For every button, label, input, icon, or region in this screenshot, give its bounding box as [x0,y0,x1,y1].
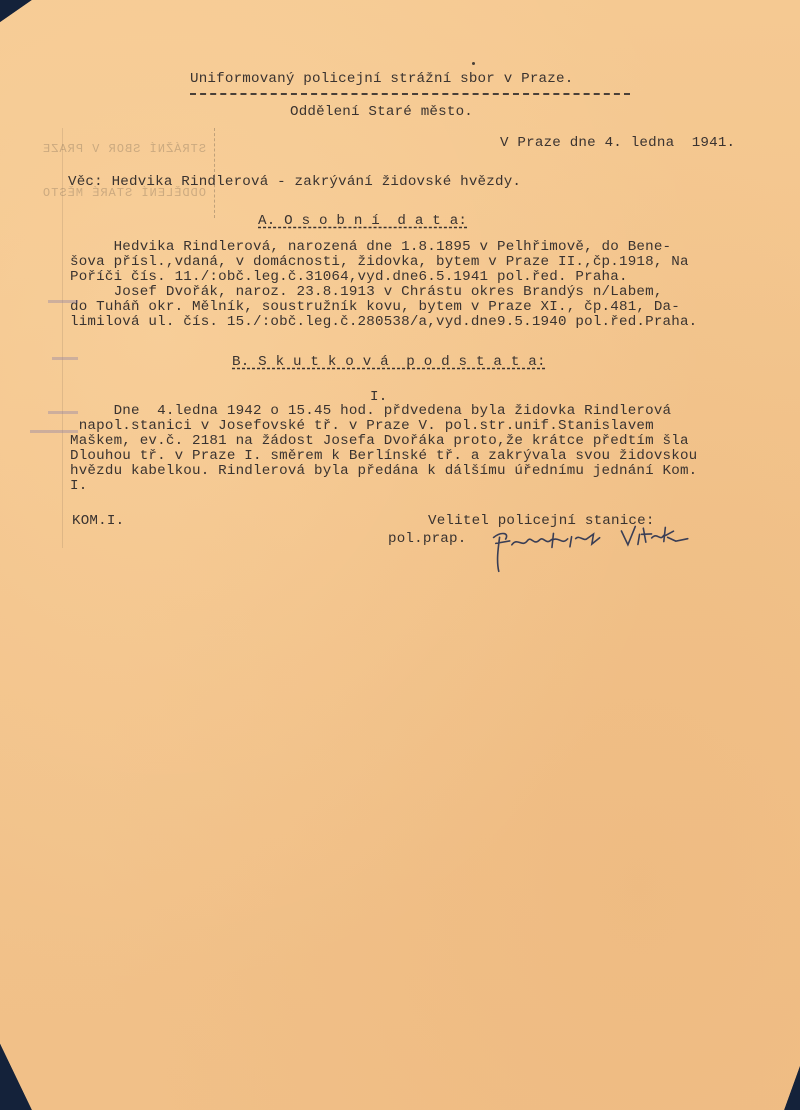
section-b-line-5: hvězdu kabelkou. Rindlerová byla předána… [70,464,697,479]
torn-corner [0,0,24,12]
punch-dot [472,62,475,65]
margin-mark [52,357,78,360]
section-a-line-6: limilová ul. čís. 15./:obč.leg.č.280538/… [70,315,697,330]
date-line: V Praze dne 4. ledna 1941. [500,136,735,151]
section-b-heading: B. S k u t k o v á p o d s t a t a: [232,355,546,370]
margin-mark [48,411,78,414]
section-a-line-3: Poříči čís. 11./:obč.leg.č.31064,vyd.dne… [70,270,628,285]
section-a-heading: A. O s o b n í d a t a: [258,214,467,229]
document-page: Uniformovaný policejní strážní sbor v Pr… [0,0,800,1110]
section-b-line-2: napol.stanici v Josefovské tř. v Praze V… [70,419,654,434]
margin-line [62,128,63,548]
department-header: Oddělení Staré město. [290,105,473,120]
faded-stamp: STRÁŽNÍ SBOR V PRAZE ODDĚLENÍ STARÉ MĚST… [64,128,215,218]
routing-note: KOM.I. [72,514,124,529]
section-b-line-3: Maškem, ev.č. 2181 na žádost Josefa Dvoř… [70,434,689,449]
handwritten-signature [487,520,699,575]
stamp-line-1: STRÁŽNÍ SBOR V PRAZE [42,142,206,156]
subject-line: Věc: Hedvika Rindlerová - zakrývání žido… [68,175,521,190]
section-b-line-4: Dlouhou tř. v Praze I. směrem k Berlínsk… [70,449,697,464]
section-a-line-5: do Tuháň okr. Mělník, soustružník kovu, … [70,300,680,315]
section-a-line-4: Josef Dvořák, naroz. 23.8.1913 v Chrástu… [70,285,663,300]
signatory-rank: pol.prap. [388,532,466,547]
section-b-line-6: I. [70,479,87,494]
header-rule [190,93,630,95]
margin-mark [30,430,78,433]
section-a-line-2: šova přísl.,vdaná, v domácnosti, židovka… [70,255,689,270]
section-a-line-1: Hedvika Rindlerová, narozená dne 1.8.189… [70,240,671,255]
section-b-line-1: Dne 4.ledna 1942 o 15.45 hod. přdvedena … [70,404,671,419]
signature-strokes [487,520,699,575]
institution-header: Uniformovaný policejní strážní sbor v Pr… [190,72,573,87]
margin-mark [48,300,78,303]
